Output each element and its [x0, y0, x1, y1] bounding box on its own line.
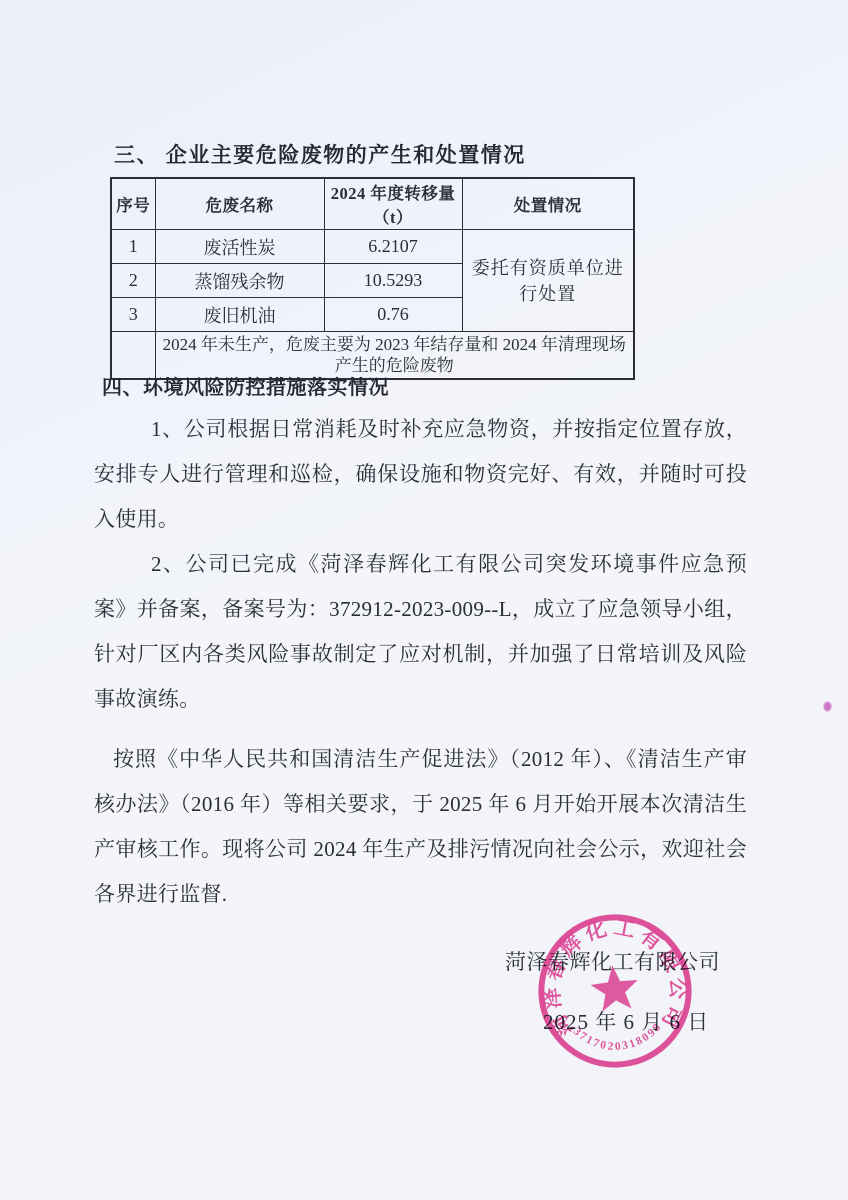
cell-index: 2	[111, 264, 155, 298]
company-seal-graphic: 菏泽春辉化工有限公司 3717020318098	[513, 890, 717, 1092]
hazardous-waste-table: 序号 危废名称 2024 年度转移量（t） 处置情况 1 废活性炭 6.2107…	[110, 177, 635, 380]
section3-heading: 三、 企业主要危险废物的产生和处置情况	[114, 139, 526, 169]
col-header-index: 序号	[111, 178, 155, 230]
cell-index: 3	[111, 298, 155, 332]
paragraph-emergency-supplies: 1、公司根据日常消耗及时补充应急物资，并按指定位置存放，安排专人进行管理和巡检，…	[94, 407, 747, 542]
cell-waste-name: 蒸馏残余物	[155, 264, 324, 298]
cell-waste-name: 废旧机油	[155, 298, 324, 332]
section4-heading: 四、环境风险防控措施落实情况	[102, 371, 389, 400]
col-header-waste-name: 危废名称	[155, 178, 324, 230]
paragraph-clean-production: 按照《中华人民共和国清洁生产促进法》（2012 年）、《清洁生产审核办法》（20…	[94, 737, 747, 917]
ink-speck	[823, 701, 832, 712]
signature-company-name: 菏泽春辉化工有限公司	[505, 946, 720, 976]
paragraph-emergency-plan: 2、公司已完成《菏泽春辉化工有限公司突发环境事件应急预案》并备案，备案号为：37…	[94, 542, 747, 722]
cell-disposal-merged: 委托有资质单位进行处置	[462, 230, 634, 332]
seal-ring	[534, 910, 696, 1072]
cell-amount: 10.5293	[324, 264, 462, 298]
col-header-disposal: 处置情况	[462, 178, 634, 230]
scanned-document-page: 三、 企业主要危险废物的产生和处置情况 序号 危废名称 2024 年度转移量（t…	[0, 0, 848, 1200]
cell-amount: 6.2107	[324, 230, 462, 264]
table-row: 1 废活性炭 6.2107 委托有资质单位进行处置	[111, 230, 634, 264]
col-header-transfer-amount: 2024 年度转移量（t）	[324, 178, 462, 230]
cell-amount: 0.76	[324, 298, 462, 332]
company-seal: 菏泽春辉化工有限公司 3717020318098	[513, 890, 717, 1092]
table-header-row: 序号 危废名称 2024 年度转移量（t） 处置情况	[111, 178, 634, 230]
signature-date: 2025 年 6 月 6 日	[543, 1006, 709, 1036]
cell-waste-name: 废活性炭	[155, 230, 324, 264]
cell-index: 1	[111, 230, 155, 264]
